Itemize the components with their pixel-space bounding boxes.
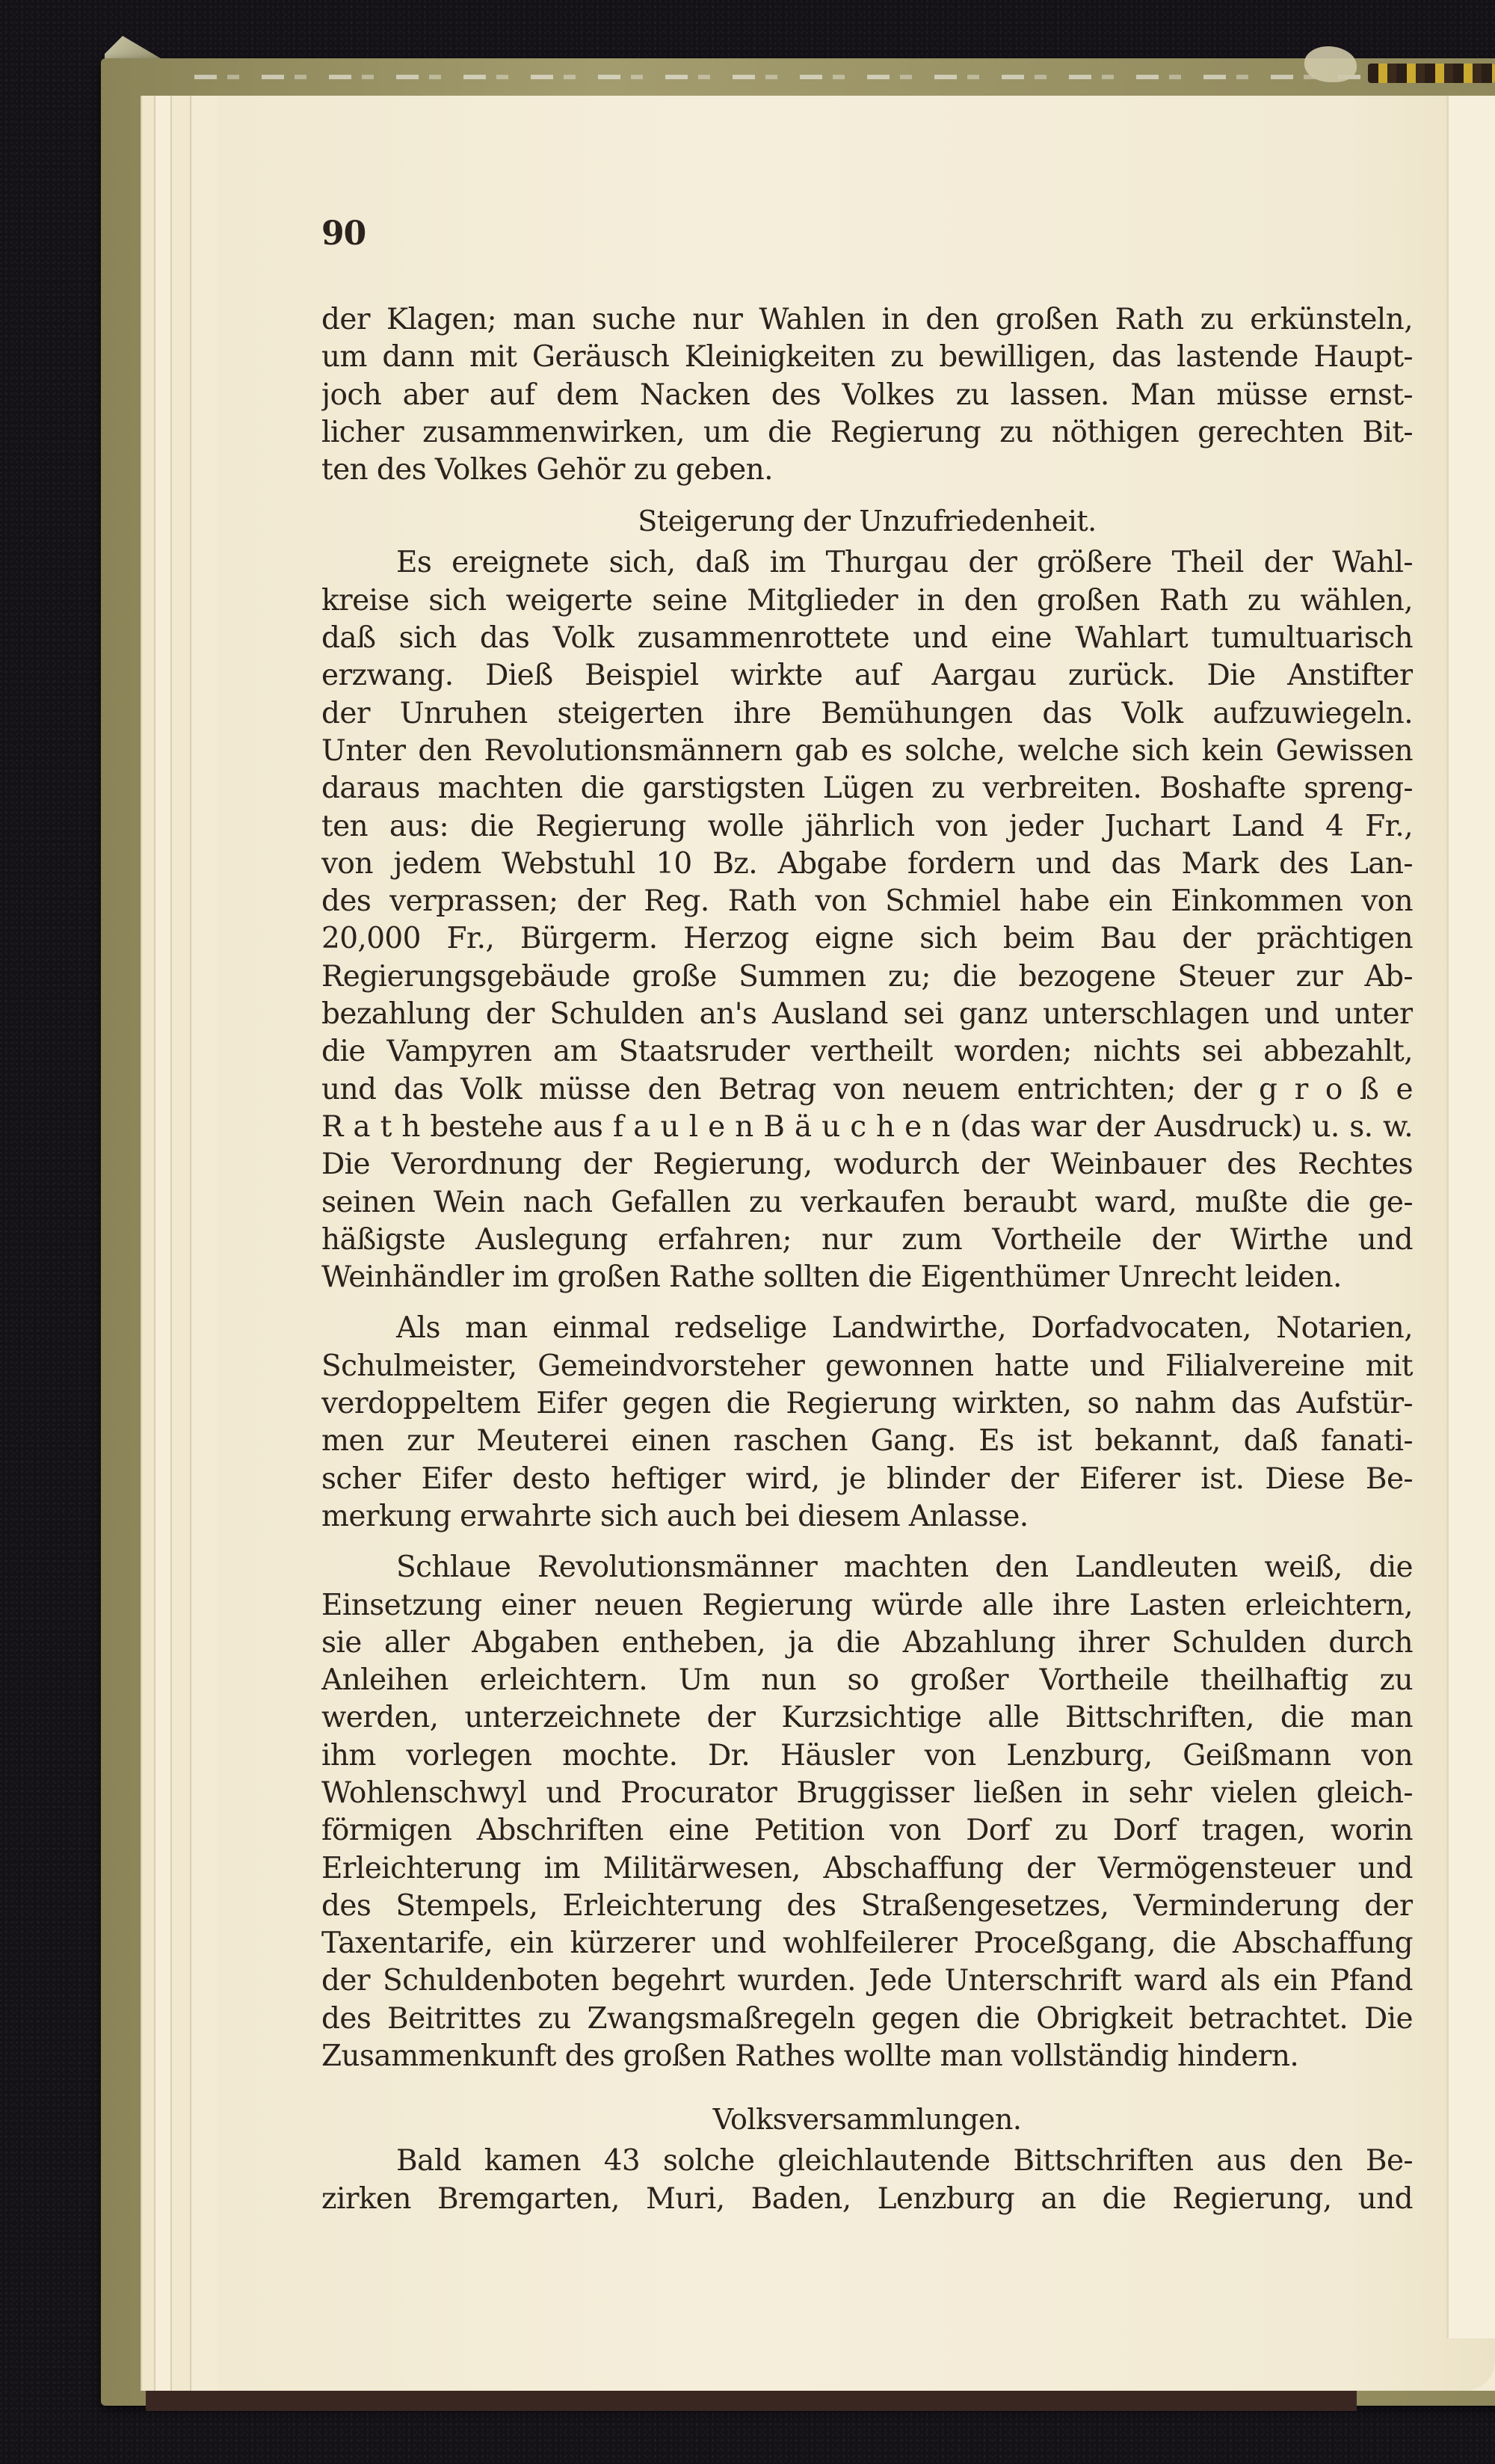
text-line: erzwang. Dieß Beispiel wirkte auf Aargau… bbox=[321, 657, 1413, 694]
text-line: verdoppeltem Eifer gegen die Regierung w… bbox=[321, 1385, 1413, 1423]
text-line: Als man einmal redselige Landwirthe, Dor… bbox=[321, 1310, 1413, 1347]
text-line: Schulmeister, Gemeindvorsteher gewonnen … bbox=[321, 1348, 1413, 1385]
text-line: von jedem Webstuhl 10 Bz. Abgabe fordern… bbox=[321, 846, 1413, 883]
paragraph-spacer bbox=[321, 1296, 1413, 1310]
text-line: der Unruhen steigerten ihre Bemühungen d… bbox=[321, 695, 1413, 733]
text-line: Erleichterung im Militärwesen, Abschaffu… bbox=[321, 1850, 1413, 1888]
text-line: der Klagen; man suche nur Wahlen in den … bbox=[321, 301, 1413, 339]
text-line: Anleihen erleichtern. Um nun so großer V… bbox=[321, 1662, 1413, 1699]
text-line: häßigste Auslegung erfahren; nur zum Vor… bbox=[321, 1222, 1413, 1259]
text-line: Die Verordnung der Regierung, wodurch de… bbox=[321, 1146, 1413, 1183]
text-line: Unter den Revolutionsmännern gab es solc… bbox=[321, 733, 1413, 770]
cover-edge-highlight bbox=[194, 75, 1360, 79]
text-line: und das Volk müsse den Betrag von neuem … bbox=[321, 1071, 1413, 1109]
text-line: die Vampyren am Staatsruder vertheilt wo… bbox=[321, 1033, 1413, 1071]
text-line: des Stempels, Erleichterung des Straßeng… bbox=[321, 1888, 1413, 1925]
text-line: ten aus: die Regierung wolle jährlich vo… bbox=[321, 808, 1413, 846]
text-line: um dann mit Geräusch Kleinigkeiten zu be… bbox=[321, 339, 1413, 376]
text-line: licher zusammenwirken, um die Regierung … bbox=[321, 414, 1413, 452]
text-line: Regierungsgebäude große Summen zu; die b… bbox=[321, 958, 1413, 996]
text-line: men zur Meuterei einen raschen Gang. Es … bbox=[321, 1423, 1413, 1460]
paragraph: Es ereignete sich, daß im Thurgau der gr… bbox=[321, 544, 1413, 1296]
text-line: zirken Bremgarten, Muri, Baden, Lenzburg… bbox=[321, 2181, 1413, 2218]
text-line: kreise sich weigerte seine Mitglieder in… bbox=[321, 582, 1413, 620]
paragraph: Als man einmal redselige Landwirthe, Dor… bbox=[321, 1310, 1413, 1536]
text-line: Bald kamen 43 solche gleichlautende Bitt… bbox=[321, 2143, 1413, 2180]
text-line: daß sich das Volk zusammenrottete und ei… bbox=[321, 620, 1413, 657]
text-line: förmigen Abschriften eine Petition von D… bbox=[321, 1812, 1413, 1849]
text-line: ihm vorlegen mochte. Dr. Häusler von Len… bbox=[321, 1737, 1413, 1775]
text-line: 20,000 Fr., Bürgerm. Herzog eigne sich b… bbox=[321, 920, 1413, 958]
text-line: Es ereignete sich, daß im Thurgau der gr… bbox=[321, 544, 1413, 582]
paragraph: Bald kamen 43 solche gleichlautende Bitt… bbox=[321, 2143, 1413, 2218]
text-line: des Beitrittes zu Zwangsmaßregeln gegen … bbox=[321, 2001, 1413, 2038]
text-line: R a t h bestehe aus f a u l e n B ä u c … bbox=[321, 1109, 1413, 1146]
headband-fluff bbox=[1304, 46, 1357, 82]
page-number: 90 bbox=[321, 213, 1413, 255]
text-line: Zusammenkunft des großen Rathes wollte m… bbox=[321, 2038, 1413, 2075]
text-line: werden, unterzeichnete der Kurzsichtige … bbox=[321, 1699, 1413, 1737]
paragraph: Schlaue Revolutionsmänner machten den La… bbox=[321, 1549, 1413, 2075]
section-heading: Steigerung der Unzufriedenheit. bbox=[321, 499, 1413, 543]
text-line: sie aller Abgaben entheben, ja die Abzah… bbox=[321, 1624, 1413, 1662]
book-headband bbox=[1368, 64, 1495, 83]
text-line: Einsetzung einer neuen Regierung würde a… bbox=[321, 1587, 1413, 1624]
section-continued-text: der Klagen; man suche nur Wahlen in den … bbox=[321, 301, 1413, 489]
page-text: 90 der Klagen; man suche nur Wahlen in d… bbox=[321, 213, 1413, 2218]
text-line: der Schuldenboten begehrt wurden. Jede U… bbox=[321, 1962, 1413, 2000]
text-line: merkung erwahrte sich auch bei diesem An… bbox=[321, 1498, 1413, 1536]
text-line: scher Eifer desto heftiger wird, je blin… bbox=[321, 1461, 1413, 1498]
text-line: Wohlenschwyl und Procurator Bruggisser l… bbox=[321, 1775, 1413, 1812]
text-line: bezahlung der Schulden an's Ausland sei … bbox=[321, 996, 1413, 1033]
paragraph-spacer bbox=[321, 1536, 1413, 1549]
text-line: seinen Wein nach Gefallen zu verkaufen b… bbox=[321, 1184, 1413, 1222]
text-line: Taxentarife, ein kürzerer und wohlfeiler… bbox=[321, 1925, 1413, 1962]
section-heading: Volksversammlungen. bbox=[321, 2098, 1413, 2141]
text-line: Schlaue Revolutionsmänner machten den La… bbox=[321, 1549, 1413, 1586]
text-line: Weinhändler im großen Rathe sollten die … bbox=[321, 1259, 1413, 1296]
text-line: ten des Volkes Gehör zu geben. bbox=[321, 452, 1413, 489]
next-page-edge bbox=[1446, 96, 1495, 2338]
text-line: joch aber auf dem Nacken des Volkes zu l… bbox=[321, 377, 1413, 414]
text-line: daraus machten die garstigsten Lügen zu … bbox=[321, 770, 1413, 807]
text-line: des verprassen; der Reg. Rath von Schmie… bbox=[321, 883, 1413, 920]
